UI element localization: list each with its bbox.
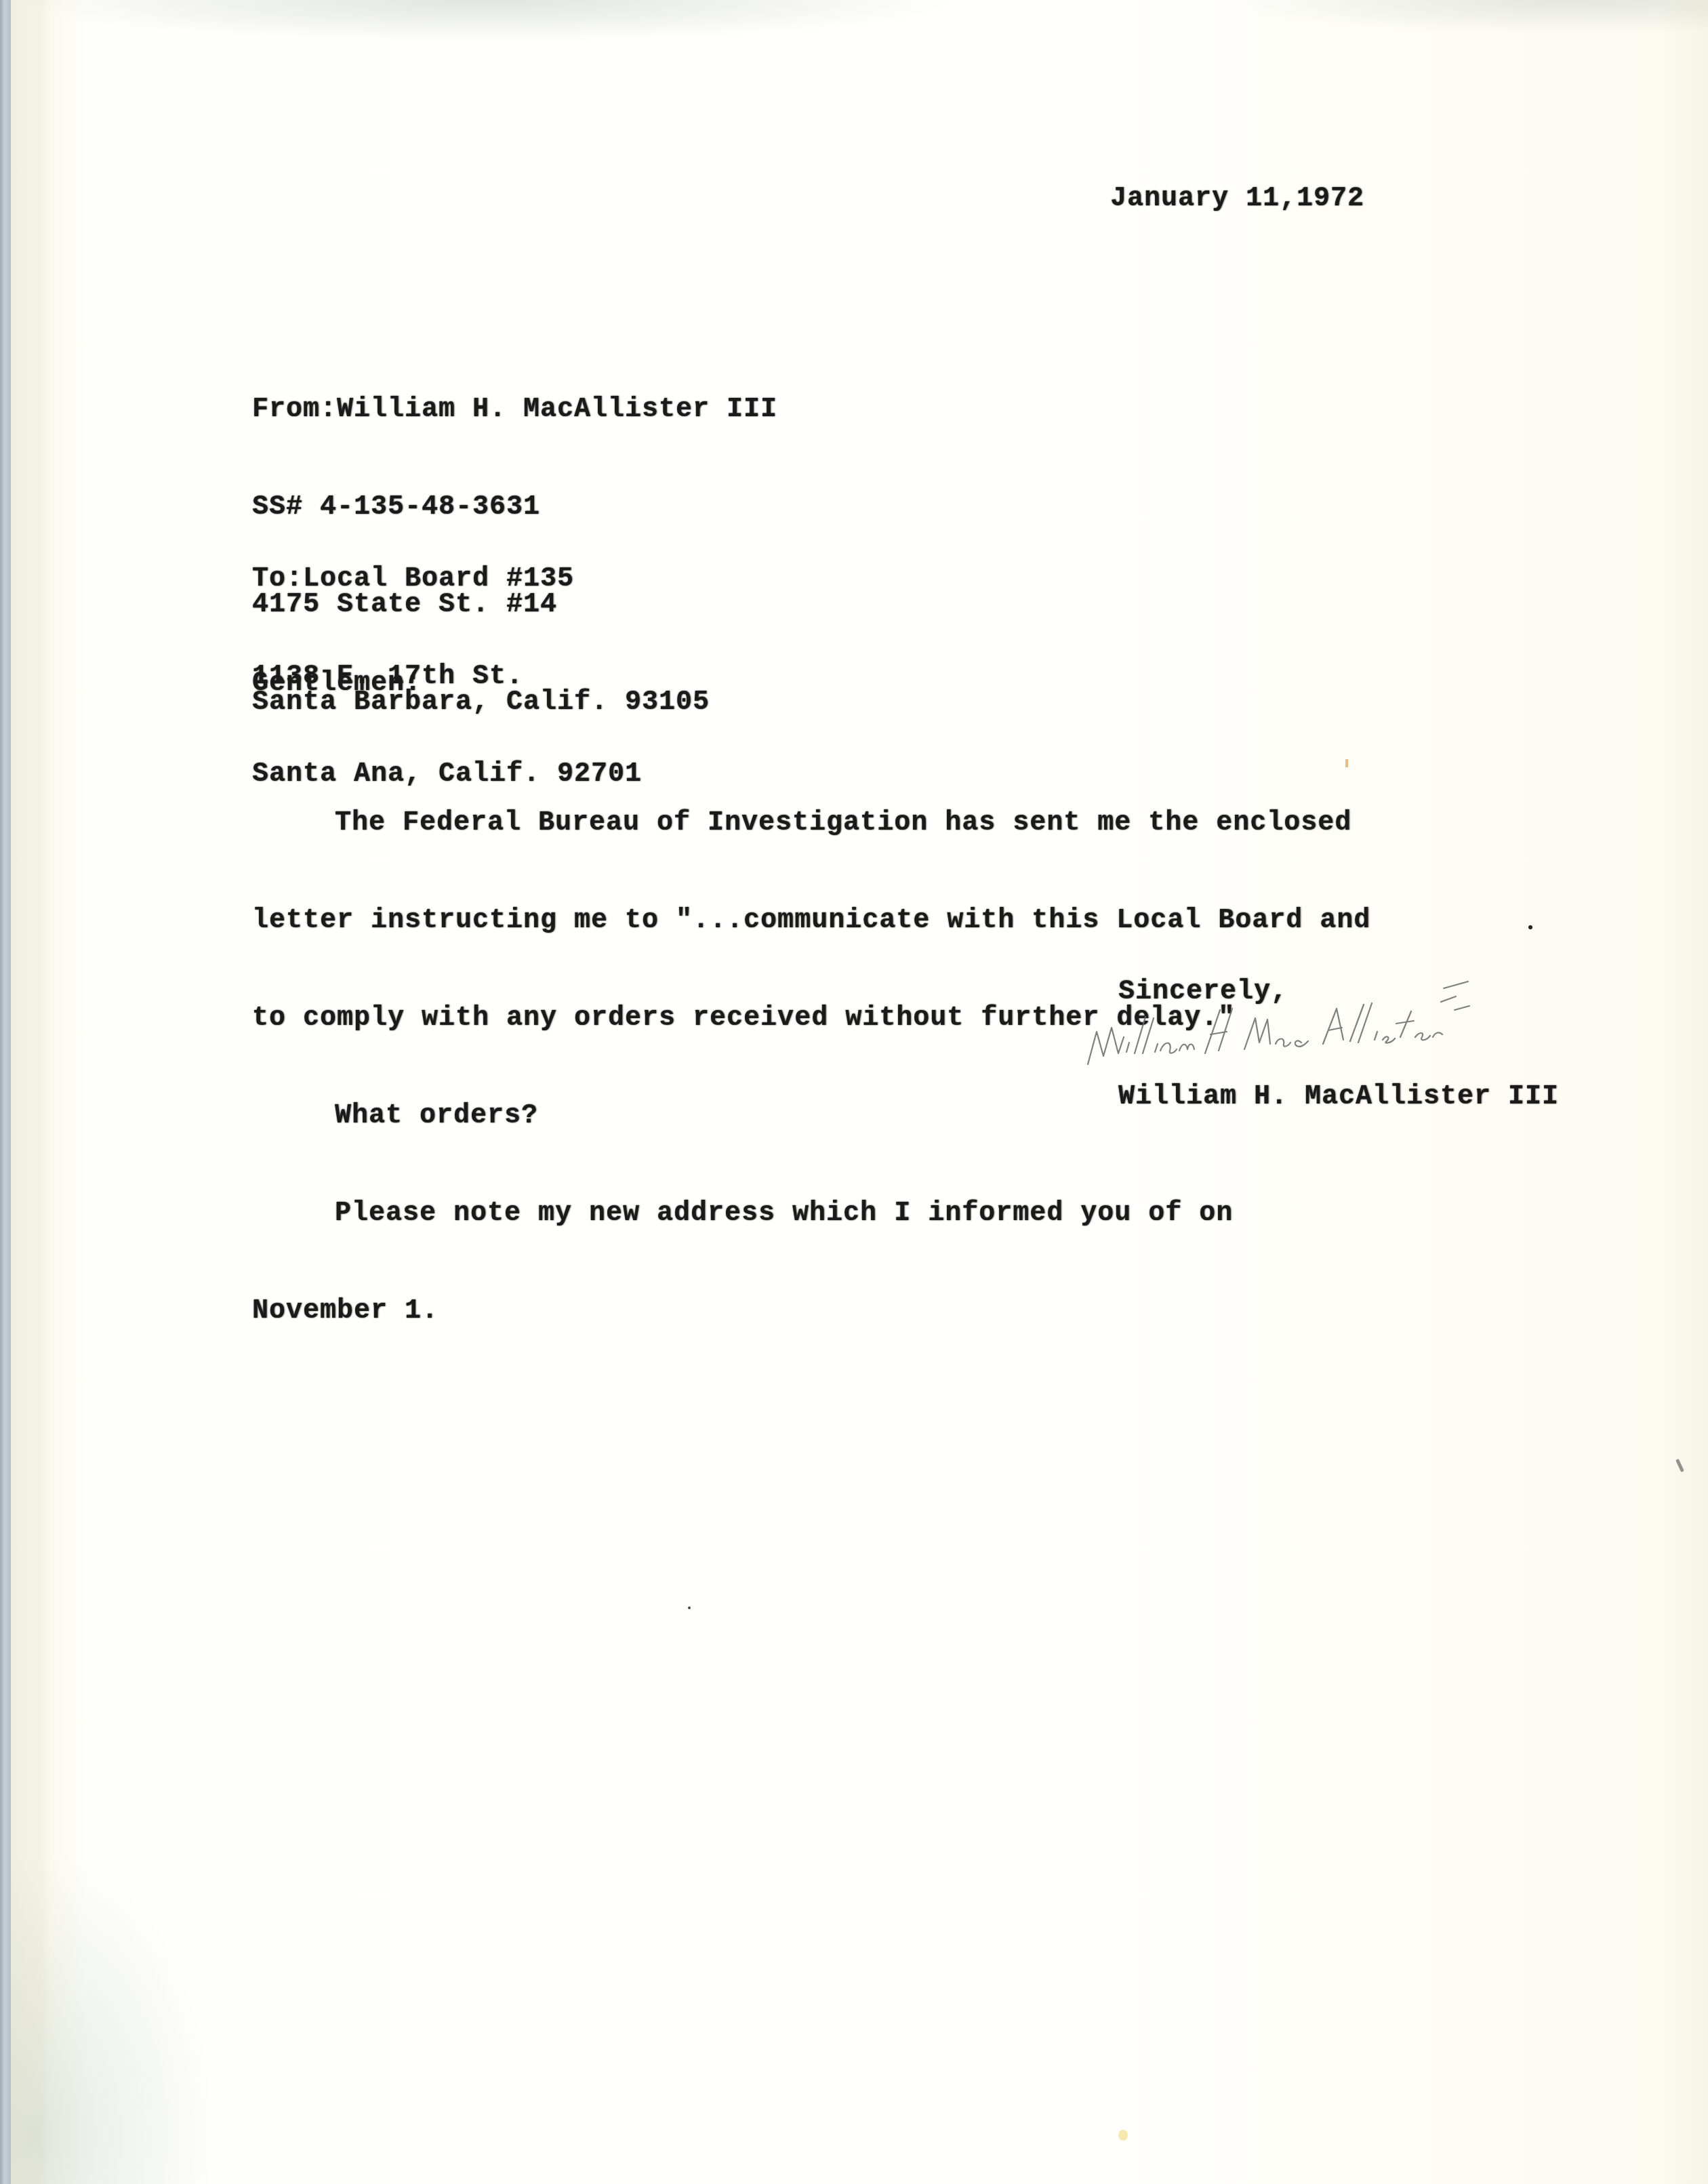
handwritten-signature-icon [1084, 969, 1681, 1071]
typed-signature-name: William H. MacAllister III [1118, 1081, 1559, 1114]
body-line: letter instructing me to "...communicate… [252, 905, 1370, 937]
ink-speck [1528, 925, 1532, 929]
stain-spot [1118, 2130, 1128, 2141]
letter-date: January 11,1972 [1110, 183, 1364, 216]
body-line: The Federal Bureau of Investigation has … [252, 807, 1370, 840]
body-line: November 1. [252, 1295, 1370, 1328]
body-line: Please note my new address which I infor… [252, 1198, 1370, 1230]
recipient-name-line: To:Local Board #135 [252, 563, 642, 596]
scanner-edge [0, 0, 11, 2184]
sender-name-line: From:William H. MacAllister III [252, 394, 777, 426]
stain-spot [1345, 759, 1348, 767]
salutation: Gentlemen: [252, 668, 422, 700]
ink-speck [688, 1606, 691, 1609]
